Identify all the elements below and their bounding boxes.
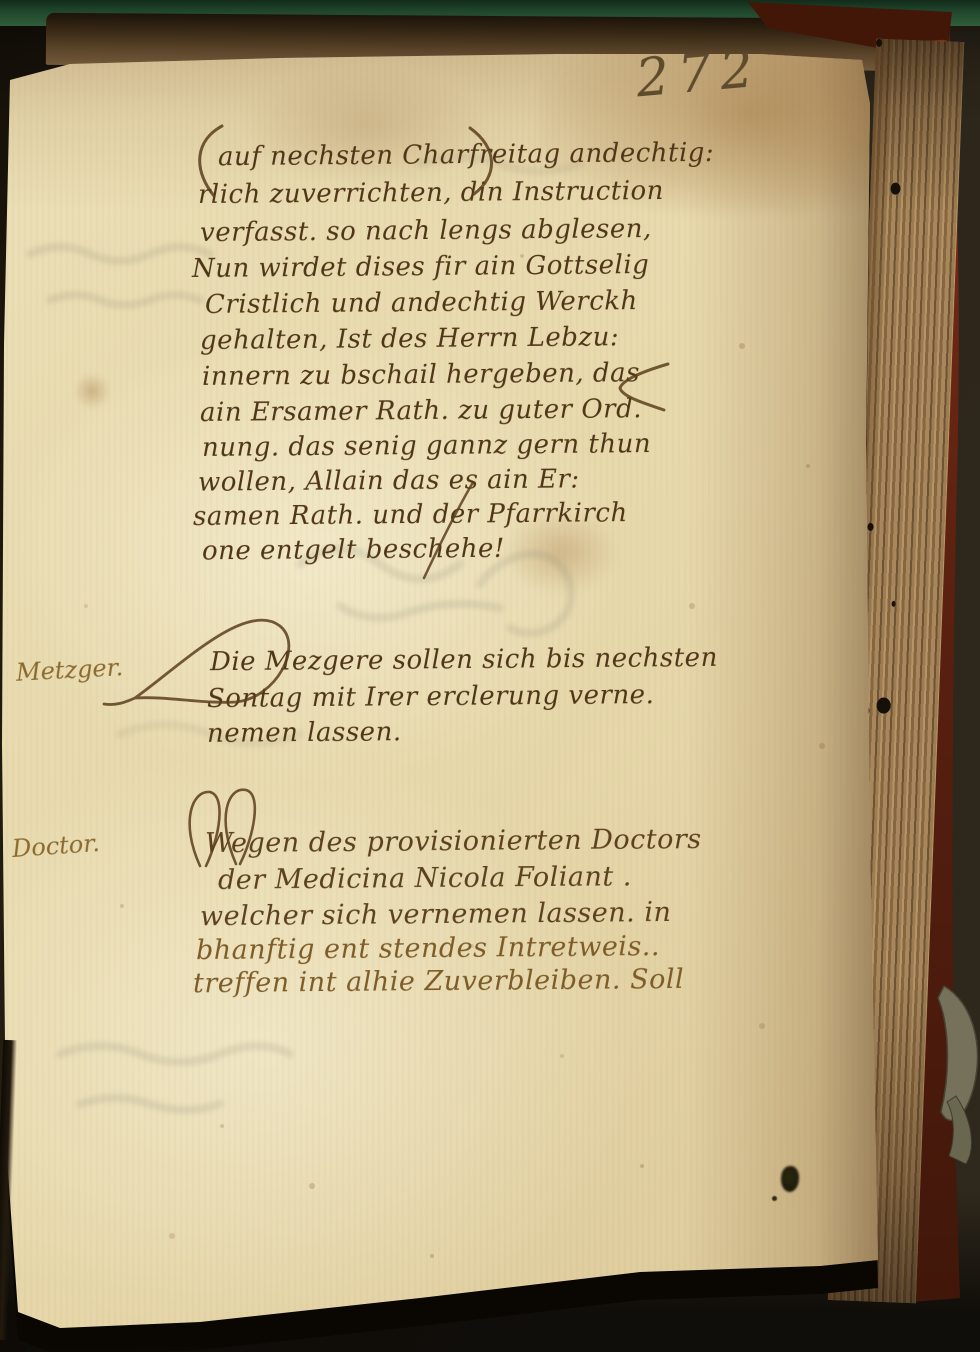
text-line: Wegen des provisionierten Doctors [205, 824, 702, 859]
manuscript-photo: 272 auf nechsten Charfreitag andechtig: … [0, 0, 980, 1352]
text-line: treffen int alhie Zuverbleiben. Soll [193, 964, 684, 999]
text-line: verfasst. so nach lengs abglesen, [200, 214, 652, 248]
text-line: bhanftig ent stendes Intretweis.. [196, 931, 660, 966]
paper-freckles [0, 44, 4, 48]
text-line: one entgelt beschehe! [202, 534, 505, 567]
stain [72, 374, 112, 408]
text-line: rlich zuverrichten, din Instruction [198, 176, 664, 210]
text-line: Die Mezgere sollen sich bis nechsten [210, 643, 718, 677]
manuscript-page: 272 auf nechsten Charfreitag andechtig: … [0, 44, 878, 1328]
text-line: wollen, Allain das es ain Er: [198, 464, 580, 497]
text-line: der Medicina Nicola Foliant . [218, 861, 632, 896]
text-line: samen Rath. und der Pfarrkirch [193, 498, 628, 532]
clasp-strap [938, 986, 977, 1120]
clasp-strap-end [947, 1096, 971, 1164]
margin-note-doctor: Doctor. [11, 829, 100, 863]
text-line: gehalten, Ist des Herrn Lebzu: [200, 322, 619, 356]
text-line: nung. das senig gannz gern thun [202, 429, 651, 463]
fore-edge-specks [876, 39, 882, 47]
ink-blot [781, 1166, 799, 1192]
text-line: ain Ersamer Rath. zu guter Ord. [200, 394, 642, 428]
text-line: auf nechsten Charfreitag andechtig: [218, 138, 714, 172]
text-line: nemen lassen. [207, 717, 402, 749]
ink-blot-dot [772, 1196, 777, 1201]
margin-note-metzger: Metzger. [15, 653, 123, 687]
text-line: innern zu bschail hergeben, das [202, 358, 640, 392]
text-line: welcher sich vernemen lassen. in [200, 897, 672, 932]
text-line: Nun wirdet dises fir ain Gottselig [192, 250, 650, 284]
text-line: Cristlich und andechtig Werckh [205, 286, 638, 320]
text-line: Sontag mit Irer erclerung verne. [207, 680, 655, 714]
